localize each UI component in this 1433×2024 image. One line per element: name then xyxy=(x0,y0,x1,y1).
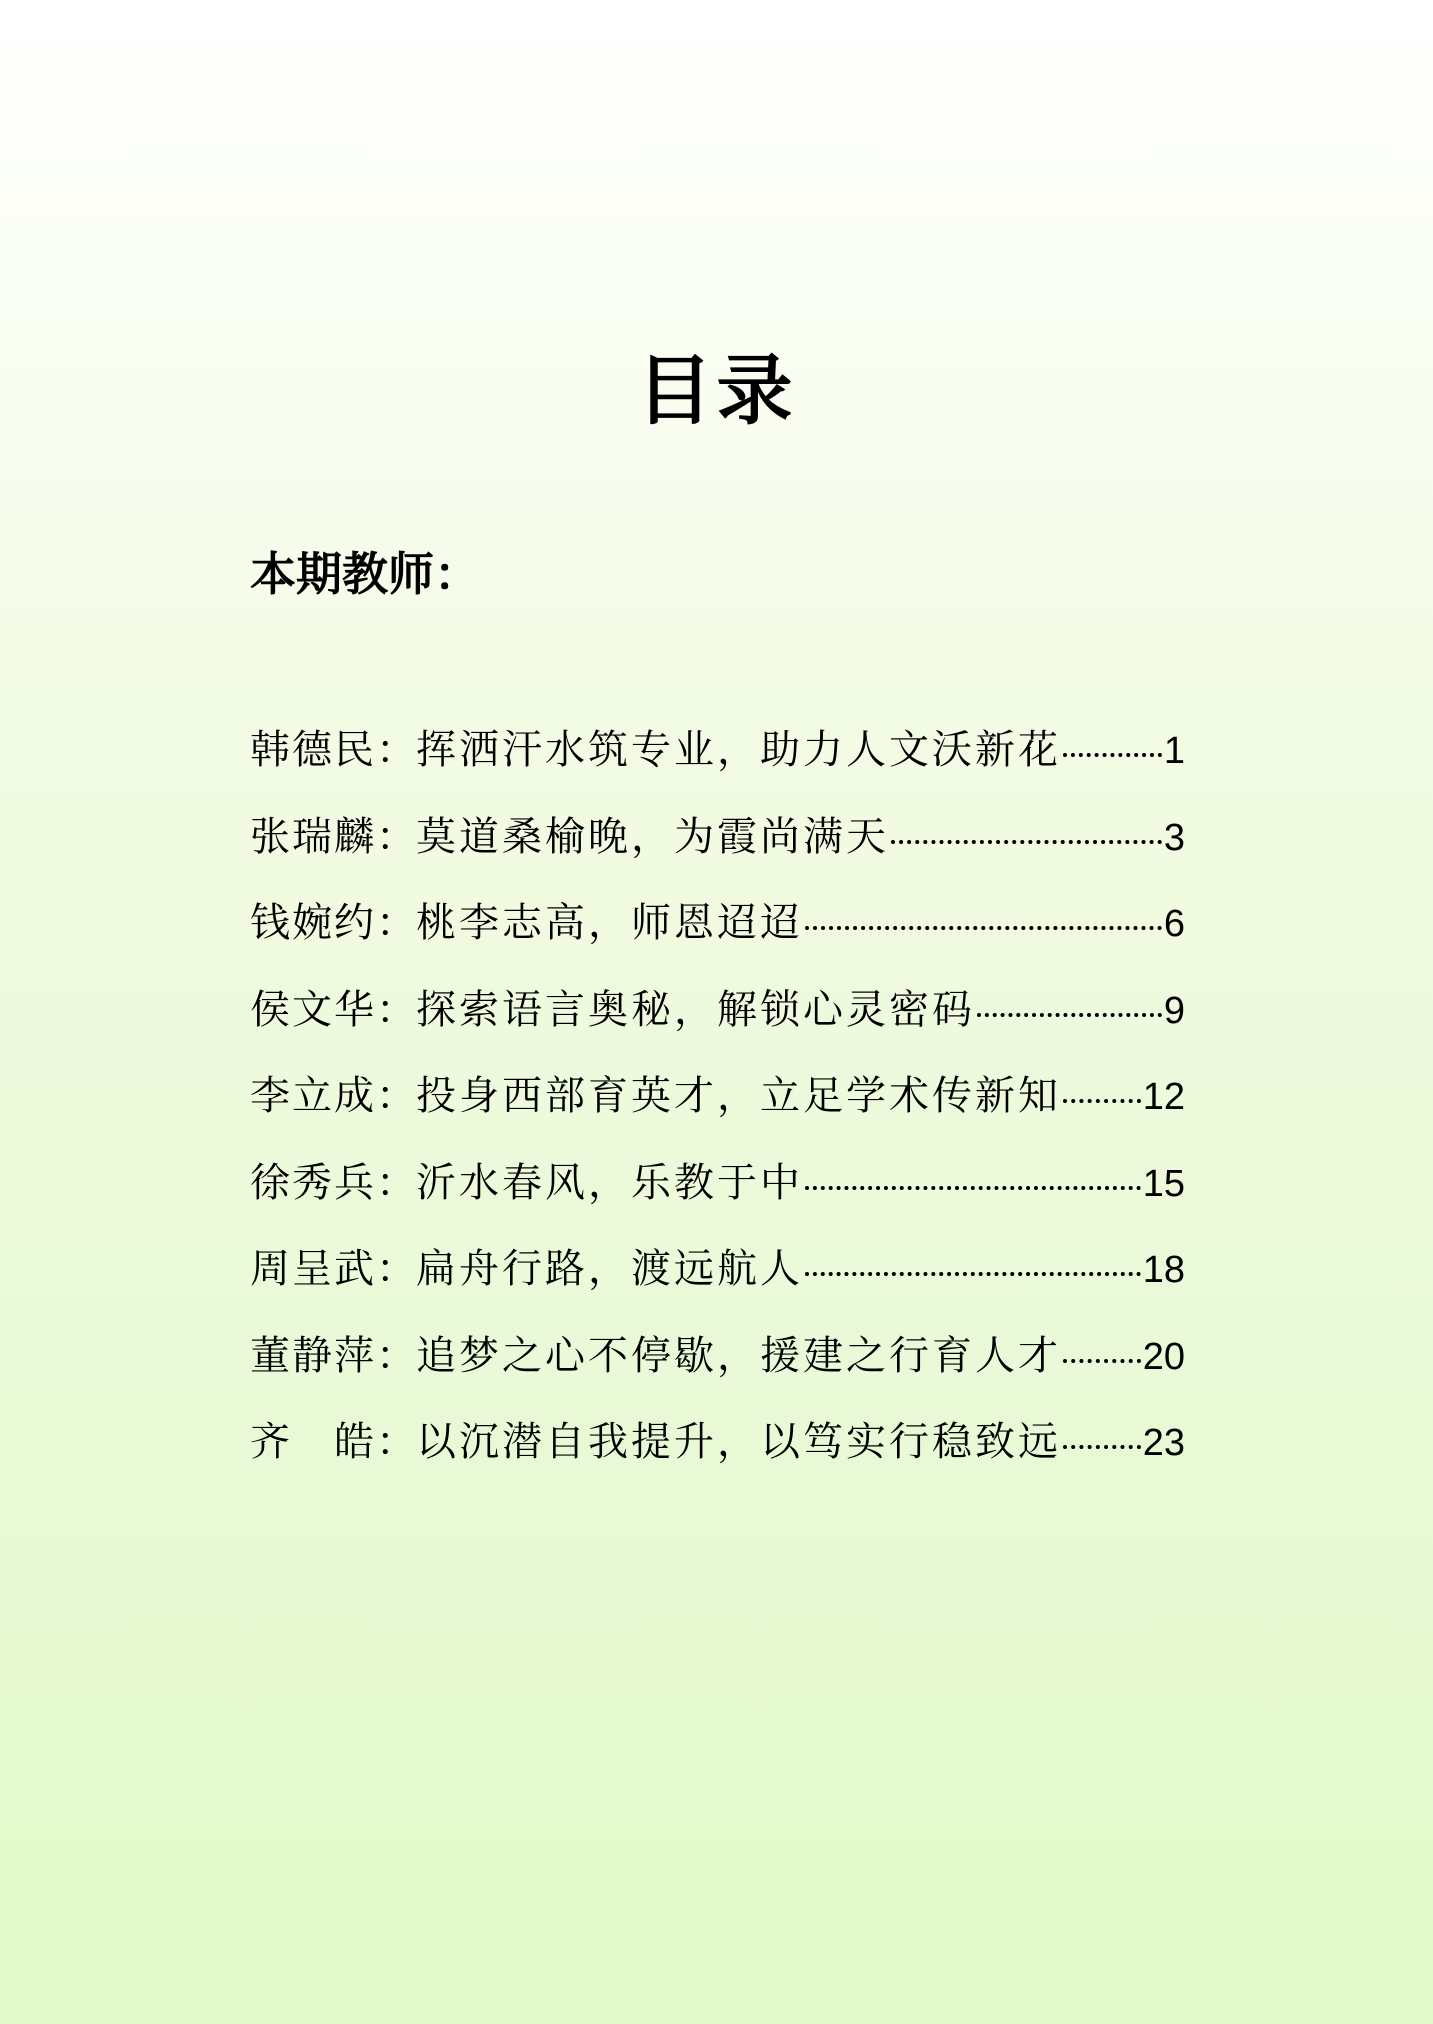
dot-leader xyxy=(1063,1358,1141,1363)
toc-entry[interactable]: 钱婉约：桃李志高，师恩迢迢6 xyxy=(250,891,1185,978)
teacher-name: 齐 皓 xyxy=(250,1410,376,1467)
entry-title: 桃李志高，师恩迢迢 xyxy=(416,891,803,948)
teacher-name: 董静萍 xyxy=(250,1324,376,1381)
page-number: 23 xyxy=(1143,1422,1185,1465)
dot-leader xyxy=(977,1012,1162,1017)
teacher-name: 钱婉约 xyxy=(250,891,376,948)
entry-title: 沂水春风，乐教于中 xyxy=(416,1151,803,1208)
toc-entry[interactable]: 侯文华：探索语言奥秘，解锁心灵密码9 xyxy=(250,978,1185,1065)
table-of-contents: 韩德民：挥洒汗水筑专业，助力人文沃新花1 张瑞麟：莫道桑榆晚，为霞尚满天3 钱婉… xyxy=(250,718,1185,1497)
entry-title: 以沉潜自我提升，以笃实行稳致远 xyxy=(416,1410,1061,1467)
dot-leader xyxy=(805,925,1162,930)
toc-entry[interactable]: 齐 皓：以沉潜自我提升，以笃实行稳致远23 xyxy=(250,1410,1185,1497)
entry-title: 莫道桑榆晚，为霞尚满天 xyxy=(416,805,889,862)
separator: ： xyxy=(376,1064,416,1121)
toc-entry[interactable]: 张瑞麟：莫道桑榆晚，为霞尚满天3 xyxy=(250,805,1185,892)
separator: ： xyxy=(376,1237,416,1294)
entry-title: 挥洒汗水筑专业，助力人文沃新花 xyxy=(416,718,1061,775)
teacher-name: 张瑞麟 xyxy=(250,805,376,862)
teacher-name: 徐秀兵 xyxy=(250,1151,376,1208)
dot-leader xyxy=(1063,1098,1141,1103)
dot-leader xyxy=(805,1271,1141,1276)
entry-title: 探索语言奥秘，解锁心灵密码 xyxy=(416,978,975,1035)
separator: ： xyxy=(376,805,416,862)
separator: ： xyxy=(376,1324,416,1381)
entry-title: 投身西部育英才，立足学术传新知 xyxy=(416,1064,1061,1121)
page-title: 目录 xyxy=(0,330,1433,439)
toc-entry[interactable]: 徐秀兵：沂水春风，乐教于中15 xyxy=(250,1151,1185,1238)
entry-title: 扁舟行路，渡远航人 xyxy=(416,1237,803,1294)
page-number: 9 xyxy=(1164,990,1185,1033)
separator: ： xyxy=(376,1151,416,1208)
page-number: 20 xyxy=(1143,1336,1185,1379)
page-number: 18 xyxy=(1143,1249,1185,1292)
page-number: 3 xyxy=(1164,817,1185,860)
toc-entry[interactable]: 李立成：投身西部育英才，立足学术传新知12 xyxy=(250,1064,1185,1151)
page-number: 12 xyxy=(1143,1076,1185,1119)
dot-leader xyxy=(1063,1444,1141,1449)
dot-leader xyxy=(891,839,1162,844)
dot-leader xyxy=(805,1185,1141,1190)
entry-title: 追梦之心不停歇，援建之行育人才 xyxy=(416,1324,1061,1381)
separator: ： xyxy=(376,978,416,1035)
separator: ： xyxy=(376,718,416,775)
separator: ： xyxy=(376,1410,416,1467)
page-number: 15 xyxy=(1143,1163,1185,1206)
toc-entry[interactable]: 韩德民：挥洒汗水筑专业，助力人文沃新花1 xyxy=(250,718,1185,805)
page-number: 1 xyxy=(1164,730,1185,773)
teacher-name: 李立成 xyxy=(250,1064,376,1121)
separator: ： xyxy=(376,891,416,948)
teacher-name: 韩德民 xyxy=(250,718,376,775)
toc-entry[interactable]: 周呈武：扁舟行路，渡远航人18 xyxy=(250,1237,1185,1324)
toc-entry[interactable]: 董静萍：追梦之心不停歇，援建之行育人才20 xyxy=(250,1324,1185,1411)
dot-leader xyxy=(1063,752,1162,757)
teacher-name: 周呈武 xyxy=(250,1237,376,1294)
teacher-name: 侯文华 xyxy=(250,978,376,1035)
section-heading: 本期教师： xyxy=(250,538,480,604)
page-number: 6 xyxy=(1164,903,1185,946)
